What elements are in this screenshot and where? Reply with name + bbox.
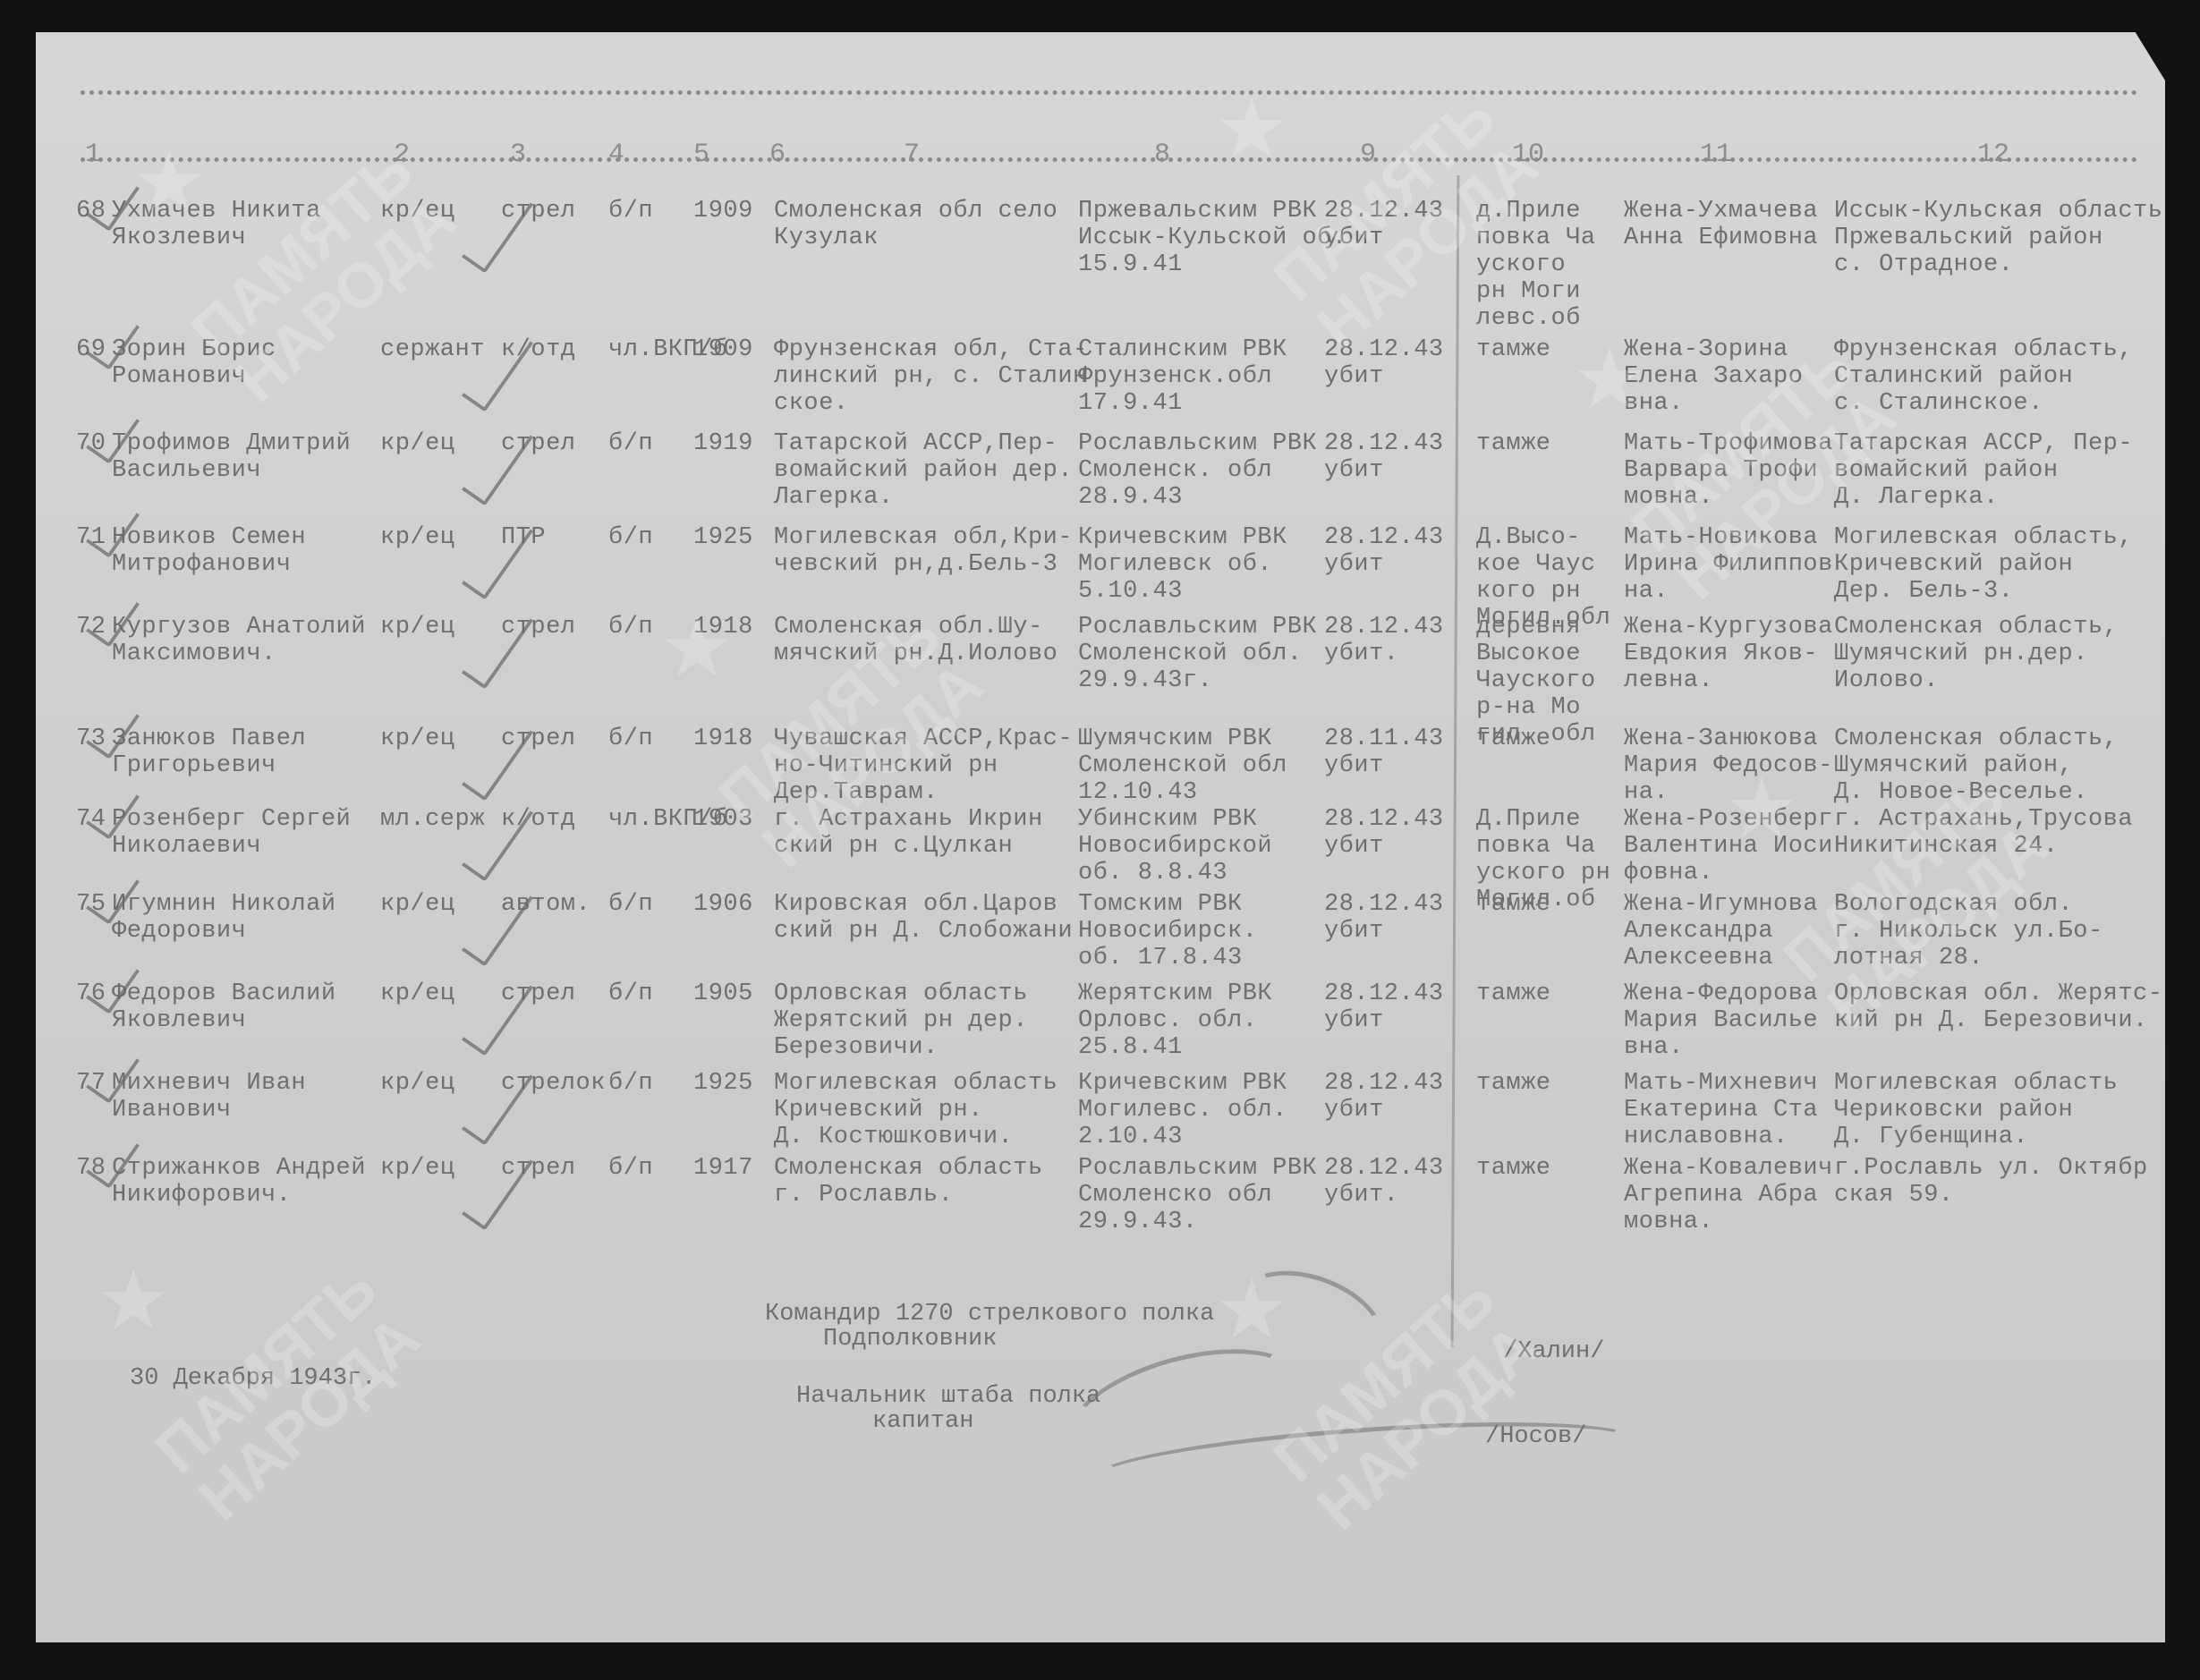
checkmark-icon (462, 514, 533, 599)
cell-party: б/п (608, 1155, 653, 1182)
column-number: 6 (769, 140, 786, 170)
cell-rank: кр/ец (380, 1155, 455, 1182)
column-number: 1 (85, 140, 101, 170)
checkmark-icon (462, 1060, 533, 1145)
cell-rvk: Рославльским РВК Смоленско обл 29.9.43. (1078, 1155, 1317, 1235)
cell-party: б/п (608, 198, 653, 225)
cell-year: 1917 (693, 1155, 753, 1182)
cell-year: 1906 (693, 891, 753, 918)
cell-name: Занюков Павел Григорьевич (112, 725, 306, 779)
cell-burial: тамже (1476, 891, 1551, 918)
watermark-star-icon: ★ (134, 104, 204, 248)
cell-birthplace: Могилевская область Кричевский рн. Д. Ко… (774, 1070, 1058, 1150)
checkmark-icon (462, 604, 533, 689)
cell-party: б/п (608, 1070, 653, 1097)
cell-death: 28.12.43 убит (1324, 891, 1444, 945)
cell-relative: Жена-Федорова Мария Василье вна. (1624, 980, 1818, 1061)
cell-rvk: Кричевским РВК Могилевск об. 5.10.43 (1078, 524, 1287, 605)
cell-name: Новиков Семен Митрофанович (112, 524, 306, 578)
cell-name: Розенберг Сергей Николаевич (112, 806, 351, 860)
cell-birthplace: Орловская область Жерятский рн дер. Бере… (774, 980, 1028, 1061)
cell-year: 1925 (693, 1070, 753, 1097)
column-number: 7 (904, 140, 920, 170)
watermark-star-icon: ★ (1217, 50, 1287, 194)
cell-year: 1909 (693, 198, 753, 225)
cell-burial: тамже (1476, 430, 1551, 457)
cell-rvk: Шумячским РВК Смоленской обл 12.10.43 (1078, 725, 1287, 806)
watermark-text: ПАМЯТЬ НАРОДА (144, 1255, 431, 1532)
cell-year: 1909 (693, 336, 753, 363)
column-divider-line (1451, 175, 1460, 1347)
column-number: 12 (1977, 140, 2009, 170)
cell-burial: тамже (1476, 336, 1551, 363)
cell-burial: тамже (1476, 1070, 1551, 1097)
cell-rank: кр/ец (380, 980, 455, 1007)
cell-death: 28.11.43 убит (1324, 725, 1444, 779)
cell-rvk: Томским РВК Новосибирск. об. 17.8.43 (1078, 891, 1257, 972)
cell-death: 28.12.43 убит. (1324, 614, 1444, 667)
checkmark-icon (462, 881, 533, 966)
cell-year: 1919 (693, 430, 753, 457)
cell-relative: Жена-Ковалевич Агрепина Абра мовна. (1624, 1155, 1833, 1235)
cell-party: б/п (608, 614, 653, 641)
cell-rank: сержант (380, 336, 485, 363)
cell-name: Стрижанков Андрей Никифорович. (112, 1155, 366, 1209)
cell-rank: кр/ец (380, 1070, 455, 1097)
watermark-star-icon: ★ (1575, 301, 1644, 445)
commander-rank: Подполковник (823, 1326, 997, 1353)
cell-party: б/п (608, 430, 653, 457)
cell-rank: кр/ец (380, 725, 455, 752)
watermark-star-icon: ★ (1727, 730, 1797, 874)
cell-name: Михневич Иван Иванович (112, 1070, 306, 1124)
cell-rvk: Рославльским РВК Смоленск. обл 28.9.43 (1078, 430, 1317, 511)
cell-address: Могилевская область, Кричевский район Де… (1834, 524, 2133, 605)
cell-name: Кургузов Анатолий Максимович. (112, 614, 366, 667)
archive-document-page: 123456789101112 68Ухмачев Никита Якозлев… (36, 32, 2165, 1642)
cell-birthplace: Смоленская область г. Рославль. (774, 1155, 1043, 1209)
checkmark-icon (462, 971, 533, 1056)
cell-death: 28.12.43 убит (1324, 524, 1444, 578)
checkmark-icon (462, 1145, 533, 1230)
column-number: 11 (1700, 140, 1732, 170)
cell-death: 28.12.43 убит (1324, 980, 1444, 1034)
cell-year: 1925 (693, 524, 753, 551)
cell-party: б/п (608, 891, 653, 918)
cell-relative: Жена-Ухмачева Анна Ефимовна (1624, 198, 1818, 251)
cell-birthplace: Могилевская обл,Кри- чевский рн,д.Бель-3 (774, 524, 1073, 578)
cell-address: г.Рославль ул. Октябр ская 59. (1834, 1155, 2148, 1209)
cell-party: б/п (608, 524, 653, 551)
cell-rank: кр/ец (380, 891, 455, 918)
cell-name: Игумнин Николай Федорович (112, 891, 336, 945)
cell-rvk: Рославльским РВК Смоленской обл. 29.9.43… (1078, 614, 1317, 694)
column-number: 5 (693, 140, 709, 170)
checkmark-icon (462, 420, 533, 505)
cell-burial: тамже (1476, 1155, 1551, 1182)
checkmark-icon (462, 716, 533, 801)
checkmark-icon (462, 188, 533, 273)
cell-name: Федоров Василий Яковлевич (112, 980, 336, 1034)
watermark-star-icon: ★ (1217, 1231, 1287, 1375)
cell-rank: кр/ец (380, 614, 455, 641)
cell-rvk: Сталинским РВК Фрунзенск.обл 17.9.41 (1078, 336, 1287, 417)
cell-rank: кр/ец (380, 430, 455, 457)
cell-burial: тамже (1476, 980, 1551, 1007)
chief-of-staff-rank: капитан (872, 1408, 973, 1435)
cell-death: 28.12.43 убит (1324, 806, 1444, 860)
cell-birthplace: Кировская обл.Царов ский рн Д. Слобожани (774, 891, 1073, 945)
cell-birthplace: Смоленская обл село Кузулак (774, 198, 1058, 251)
cell-address: Смоленская область, Шумячский рн.дер. Ио… (1834, 614, 2118, 694)
column-number: 4 (608, 140, 624, 170)
cell-death: 28.12.43 убит (1324, 430, 1444, 484)
cell-birthplace: Татарской АССР,Пер- вомайский район дер.… (774, 430, 1073, 511)
cell-party: б/п (608, 725, 653, 752)
commander-title: Командир 1270 стрелкового полка (765, 1301, 1214, 1328)
cell-burial: тамже (1476, 725, 1551, 752)
cell-rvk: Убинским РВК Новосибирской об. 8.8.43 (1078, 806, 1272, 887)
cell-rank: мл.серж (380, 806, 485, 833)
cell-rvk: Жерятским РВК Орловс. обл. 25.8.41 (1078, 980, 1272, 1061)
cell-death: 28.12.43 убит (1324, 1070, 1444, 1124)
cell-relative: Жена-Кургузова Евдокия Яков- левна. (1624, 614, 1833, 694)
column-number: 8 (1154, 140, 1170, 170)
cell-rvk: Кричевским РВК Могилевс. обл. 2.10.43 (1078, 1070, 1287, 1150)
cell-address: Могилевская область Чериковски район Д. … (1834, 1070, 2118, 1150)
watermark-star-icon: ★ (662, 569, 732, 713)
cell-relative: Мать-Михневич Екатерина Ста ниславовна. (1624, 1070, 1818, 1150)
cell-year: 1905 (693, 980, 753, 1007)
cell-death: 28.12.43 убит. (1324, 1155, 1444, 1209)
header-dotted-rule-top (81, 90, 2138, 95)
cell-party: б/п (608, 980, 653, 1007)
cell-rank: кр/ец (380, 524, 455, 551)
chief-of-staff-title: Начальник штаба полка (796, 1383, 1100, 1410)
cell-birthplace: Фрунзенская обл, Ста- линский рн, с. Ста… (774, 336, 1088, 417)
cell-address: Иссык-Кульская область Пржевальский райо… (1834, 198, 2162, 278)
column-number: 3 (510, 140, 526, 170)
watermark-star-icon: ★ (98, 1222, 168, 1366)
cell-name: Трофимов Дмитрий Васильевич (112, 430, 351, 484)
